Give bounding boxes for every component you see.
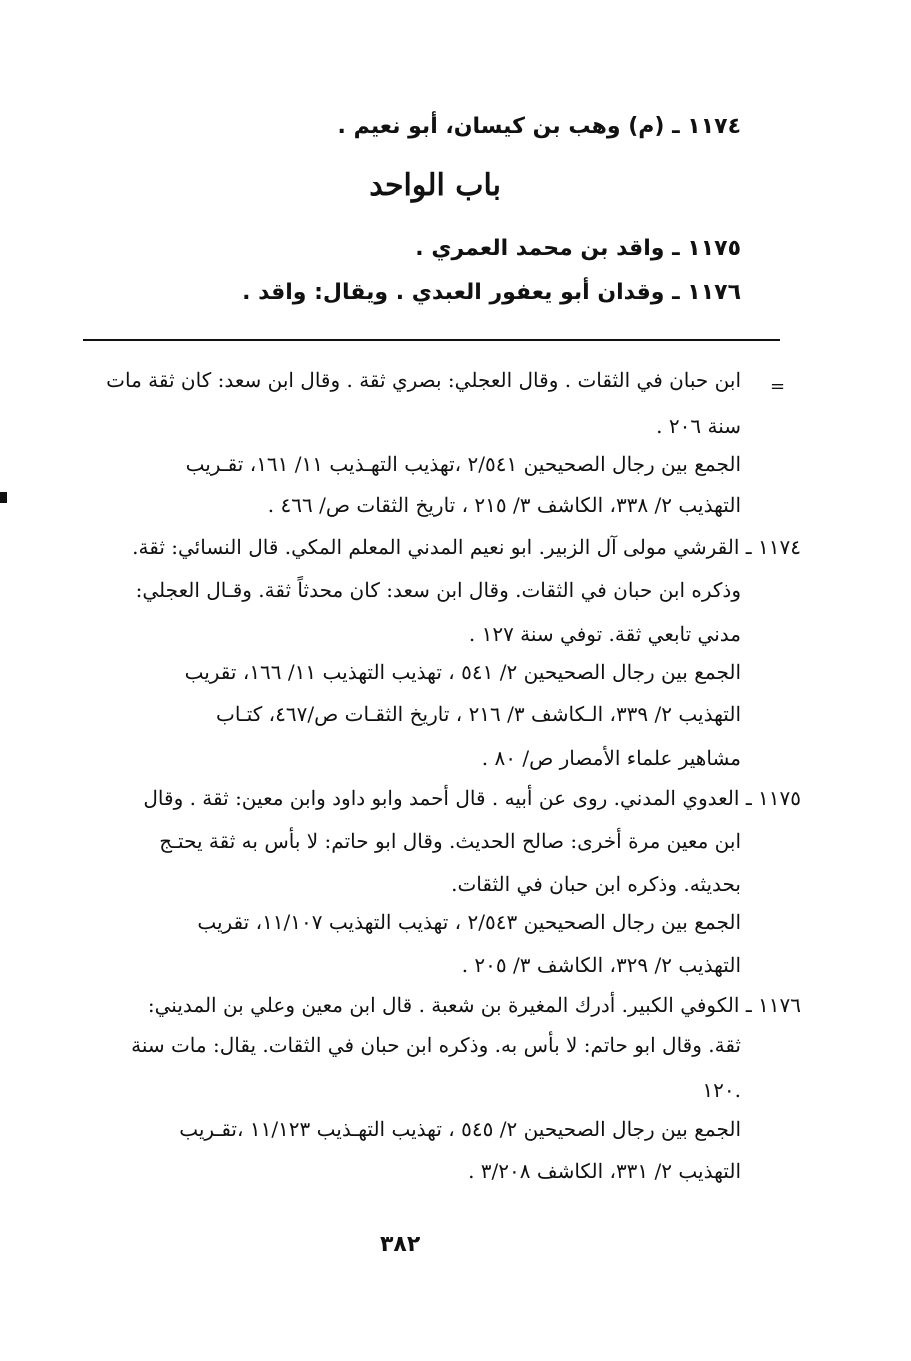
footnote-1175-ref: التهذيب ٢/ ٣٢٩، الكاشف ٣/ ٢٠٥ . bbox=[462, 953, 741, 977]
footnote-1174-ref: التهذيب ٢/ ٣٣٩، الـكاشف ٣/ ٢١٦ ، تاريخ ا… bbox=[85, 702, 741, 726]
footnote-1175-ref: الجمع بين رجال الصحيحين ٢/٥٤٣ ، تهذيب ال… bbox=[85, 910, 741, 934]
footnote-1174-ref: الجمع بين رجال الصحيحين ٢/ ٥٤١ ، تهذيب ا… bbox=[85, 660, 741, 684]
entry-1174-heading: ١١٧٤ ـ (م) وهب بن كيسان، أبو نعيم . bbox=[338, 114, 741, 139]
continuation-marker: = bbox=[770, 376, 785, 397]
footnote-1174-ref: مشاهير علماء الأمصار ص/ ٨٠ . bbox=[482, 746, 741, 770]
entry-1176-heading: ١١٧٦ ـ وقدان أبو يعفور العبدي . ويقال: و… bbox=[242, 280, 741, 305]
footnote-1174-line: وذكره ابن حبان في الثقات. وقال ابن سعد: … bbox=[85, 578, 741, 602]
footnote-1176-line: ثقة. وقال ابو حاتم: لا بأس به. وذكره ابن… bbox=[85, 1033, 741, 1057]
section-heading: باب الواحد bbox=[369, 168, 501, 203]
footnote-divider bbox=[83, 339, 780, 341]
footnote-1176-ref: التهذيب ٢/ ٣٣١، الكاشف ٣/٢٠٨ . bbox=[468, 1159, 741, 1183]
footnote-1174-line: ١١٧٤ ـ القرشي مولى آل الزبير. ابو نعيم ا… bbox=[85, 535, 801, 559]
footnote-line: ابن حبان في الثقات . وقال العجلي: بصري ث… bbox=[85, 368, 741, 392]
footnote-1176-line: .١٢٠ bbox=[702, 1078, 741, 1102]
book-page: ١١٧٤ ـ (م) وهب بن كيسان، أبو نعيم . باب … bbox=[0, 0, 911, 1361]
footnote-ref-line: الجمع بين رجال الصحيحين ٢/٥٤١ ،تهذيب الت… bbox=[85, 452, 741, 476]
footnote-1176-ref: الجمع بين رجال الصحيحين ٢/ ٥٤٥ ، تهذيب ا… bbox=[85, 1117, 741, 1141]
footnote-line: سنة ٢٠٦ . bbox=[656, 414, 741, 438]
footnote-ref-line: التهذيب ٢/ ٣٣٨، الكاشف ٣/ ٢١٥ ، تاريخ ال… bbox=[268, 493, 741, 517]
footnote-1175-line: ابن معين مرة أخرى: صالح الحديث. وقال ابو… bbox=[85, 829, 741, 853]
footnote-1175-line: ١١٧٥ ـ العدوي المدني. روى عن أبيه . قال … bbox=[85, 786, 801, 810]
entry-1175-heading: ١١٧٥ ـ واقد بن محمد العمري . bbox=[415, 236, 741, 261]
footnote-1176-line: ١١٧٦ ـ الكوفي الكبير. أدرك المغيرة بن شع… bbox=[85, 993, 801, 1017]
footnote-1174-line: مدني تابعي ثقة. توفي سنة ١٢٧ . bbox=[469, 622, 741, 646]
footnote-1175-line: بحديثه. وذكره ابن حبان في الثقات. bbox=[451, 872, 741, 896]
scan-margin-mark bbox=[0, 492, 7, 503]
page-number: ٣٨٢ bbox=[380, 1232, 420, 1257]
